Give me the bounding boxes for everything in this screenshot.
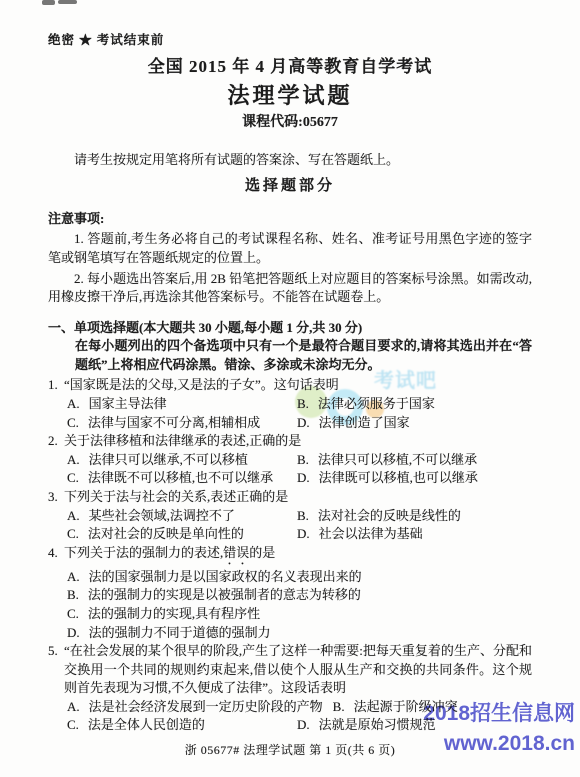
question-stem: 1.“国家既是法的父母,又是法的子女”。这句话表明: [48, 376, 532, 395]
option-text: 法起源于阶级冲突: [354, 699, 458, 714]
question-number: 5.: [48, 642, 58, 661]
option-label: A.: [67, 452, 80, 467]
option-row: A.国家主导法律 B.法律必须服务于国家 C.法律与国家不可分离,相辅相成 D.…: [48, 395, 532, 432]
option: B.法起源于阶级冲突: [333, 698, 458, 717]
question-list: 1.“国家既是法的父母,又是法的子女”。这句话表明 A.国家主导法律 B.法律必…: [48, 376, 532, 735]
question-stem-emphasis: 错误: [223, 545, 249, 560]
question: 3.下列关于法与社会的关系,表述正确的是 A.某些社会领域,法调控不了 B.法对…: [48, 488, 532, 544]
option: B.法的强制力的实现是以被强制者的意志为转移的: [67, 586, 532, 605]
option-text: 法的强制力不同于道德的强制力: [89, 625, 271, 640]
part-one-heading: 一、单项选择题(本大题共 30 小题,每小题 1 分,共 30 分): [48, 318, 532, 337]
question-number: 4.: [48, 544, 58, 563]
question-stem-text: “国家既是法的父母,又是法的子女”。这句话表明: [64, 377, 339, 392]
question-stem-text: 下列关于法与社会的关系,表述正确的是: [64, 489, 288, 504]
scan-artifact: [42, 0, 55, 5]
option: D.社会以法律为基础: [297, 525, 532, 544]
notes-title: 注意事项:: [48, 209, 532, 228]
note-item: 2. 每小题选出答案后,用 2B 铅笔把答题纸上对应题目的答案标号涂黑。如需改动…: [48, 270, 532, 308]
option-text: 某些社会领域,法调控不了: [89, 508, 235, 523]
option-label: A.: [67, 699, 80, 714]
option-label: B.: [297, 396, 309, 411]
option-row: C.法是全体人民创造的 D.法就是原始习惯规范: [48, 716, 532, 735]
section-title: 选择题部分: [48, 176, 532, 196]
option-label: A.: [67, 396, 80, 411]
question-stem: 4.下列关于法的强制力的表述,错误的是: [48, 544, 532, 568]
option-text: 法律只可以移植,不可以继承: [318, 452, 477, 467]
option-text: 法律必须服务于国家: [318, 396, 435, 411]
option-list: A.法的国家强制力是以国家政权的名义表现出来的 B.法的强制力的实现是以被强制者…: [48, 568, 532, 642]
option-text: 法律只可以继承,不可以移植: [89, 452, 248, 467]
option-text: 国家主导法律: [89, 396, 167, 411]
answer-sheet-instruction: 请考生按规定用笔将所有试题的答案涂、写在答题纸上。: [48, 150, 532, 169]
option: D.法就是原始习惯规范: [297, 716, 532, 735]
scan-artifact: [58, 0, 77, 4]
option: A.某些社会领域,法调控不了: [67, 507, 297, 526]
option-row: A.法律只可以继承,不可以移植 B.法律只可以移植,不可以继承 C.法律既不可以…: [48, 451, 532, 488]
question-stem-text: 的是: [249, 545, 275, 560]
option-text: 法就是原始习惯规范: [319, 717, 436, 732]
question-number: 3.: [48, 488, 58, 507]
option-text: 法的国家强制力是以国家政权的名义表现出来的: [89, 569, 362, 584]
question: 1.“国家既是法的父母,又是法的子女”。这句话表明 A.国家主导法律 B.法律必…: [48, 376, 532, 432]
option-label: C.: [67, 606, 79, 621]
option-text: 法是社会经济发展到一定历史阶段的产物: [89, 699, 323, 714]
classification-banner: 绝密 ★ 考试结束前: [48, 30, 532, 48]
option-label: D.: [67, 625, 80, 640]
exam-title: 全国 2015 年 4 月高等教育自学考试: [48, 55, 532, 79]
page-content: 绝密 ★ 考试结束前 全国 2015 年 4 月高等教育自学考试 法理学试题 课…: [48, 30, 532, 760]
note-item: 1. 答题前,考生务必将自己的考试课程名称、姓名、准考证号用黑色字迹的签字笔或钢…: [48, 230, 532, 268]
option-text: 法是全体人民创造的: [88, 717, 205, 732]
option-label: B.: [67, 587, 79, 602]
option-label: B.: [297, 452, 309, 467]
option-label: A.: [67, 508, 80, 523]
option-label: D.: [297, 717, 310, 732]
option-label: A.: [67, 569, 80, 584]
question-stem-text: 关于法律移植和法律继承的表述,正确的是: [64, 433, 301, 448]
option: A.国家主导法律: [67, 395, 297, 414]
page-footer: 浙 05677# 法理学试题 第 1 页(共 6 页): [48, 741, 532, 760]
question-stem: 5.“在社会发展的某个很早的阶段,产生了这样一种需要:把每天重复着的生产、分配和…: [48, 642, 532, 698]
question-stem: 3.下列关于法与社会的关系,表述正确的是: [48, 488, 532, 507]
option: D.法的强制力不同于道德的强制力: [67, 624, 532, 643]
option: B.法律必须服务于国家: [297, 395, 532, 414]
option: C.法的强制力的实现,具有程序性: [67, 605, 532, 624]
option: C.法律与国家不可分离,相辅相成: [67, 414, 297, 433]
question: 5.“在社会发展的某个很早的阶段,产生了这样一种需要:把每天重复着的生产、分配和…: [48, 642, 532, 735]
part-one-subheading: 在每小题列出的四个备选项中只有一个是最符合题目要求的,请将其选出并在“答题纸”上…: [48, 337, 532, 374]
question-number: 1.: [48, 376, 58, 395]
option-label: D.: [297, 526, 310, 541]
option-text: 法律与国家不可分离,相辅相成: [88, 415, 260, 430]
option-row: A.法是社会经济发展到一定历史阶段的产物 B.法起源于阶级冲突: [48, 698, 532, 717]
option-text: 法对社会的反映是单向性的: [88, 526, 244, 541]
option: C.法对社会的反映是单向性的: [67, 525, 297, 544]
question-stem-text: 下列关于法的强制力的表述,: [64, 545, 223, 560]
question: 4.下列关于法的强制力的表述,错误的是 A.法的国家强制力是以国家政权的名义表现…: [48, 544, 532, 642]
option: D.法律既可以移植,也可以继承: [297, 469, 532, 488]
option-text: 法律既不可以移植,也不可以继承: [88, 470, 273, 485]
option-label: C.: [67, 470, 79, 485]
option-text: 法律既可以移植,也可以继承: [319, 470, 478, 485]
option: D.法律创造了国家: [297, 414, 532, 433]
option-text: 社会以法律为基础: [319, 526, 423, 541]
option: A.法是社会经济发展到一定历史阶段的产物: [67, 698, 323, 717]
option-label: C.: [67, 526, 79, 541]
option-label: B.: [333, 699, 345, 714]
option-text: 法律创造了国家: [319, 415, 410, 430]
option: C.法律既不可以移植,也不可以继承: [67, 469, 297, 488]
option: A.法律只可以继承,不可以移植: [67, 451, 297, 470]
option-label: C.: [67, 415, 79, 430]
option-label: C.: [67, 717, 79, 732]
course-code: 课程代码:05677: [48, 113, 532, 133]
question-stem: 2.关于法律移植和法律继承的表述,正确的是: [48, 432, 532, 451]
question: 2.关于法律移植和法律继承的表述,正确的是 A.法律只可以继承,不可以移植 B.…: [48, 432, 532, 488]
paper-title: 法理学试题: [48, 81, 532, 111]
exam-paper-page: 考试吧 绝密 ★ 考试结束前 全国 2015 年 4 月高等教育自学考试 法理学…: [0, 0, 580, 777]
option-row: A.某些社会领域,法调控不了 B.法对社会的反映是线性的 C.法对社会的反映是单…: [48, 507, 532, 544]
option-text: 法的强制力的实现,具有程序性: [88, 606, 260, 621]
question-stem-text: “在社会发展的某个很早的阶段,产生了这样一种需要:把每天重复着的生产、分配和交换…: [64, 643, 532, 695]
option-label: D.: [297, 415, 310, 430]
option-text: 法对社会的反映是线性的: [318, 508, 461, 523]
option-text: 法的强制力的实现是以被强制者的意志为转移的: [88, 587, 361, 602]
option-label: D.: [297, 470, 310, 485]
option: A.法的国家强制力是以国家政权的名义表现出来的: [67, 568, 532, 587]
option: C.法是全体人民创造的: [67, 716, 297, 735]
question-number: 2.: [48, 432, 58, 451]
option: B.法对社会的反映是线性的: [297, 507, 532, 526]
option: B.法律只可以移植,不可以继承: [297, 451, 532, 470]
option-label: B.: [297, 508, 309, 523]
